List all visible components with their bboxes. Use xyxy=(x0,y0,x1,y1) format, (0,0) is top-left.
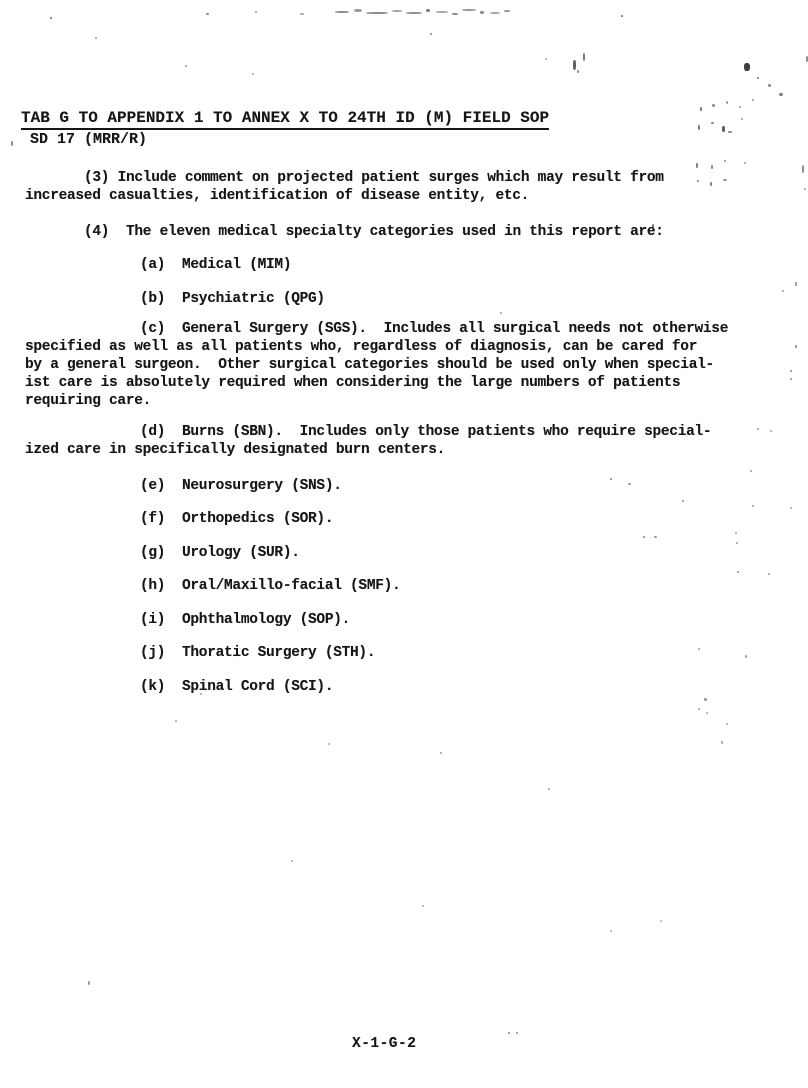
scan-speck xyxy=(698,648,700,650)
paragraph-3-line-2: increased casualties, identification of … xyxy=(25,187,664,205)
scan-speck xyxy=(480,11,484,14)
scan-speck xyxy=(95,37,97,39)
scan-speck xyxy=(573,60,576,70)
scan-speck xyxy=(206,13,209,15)
scan-speck xyxy=(737,571,739,573)
scan-speck xyxy=(583,53,585,61)
scan-speck xyxy=(452,13,458,15)
specialty-item-b-text: (b) Psychiatric (QPG) xyxy=(25,290,325,308)
scan-speck xyxy=(335,11,349,13)
paragraph-4-line-1: (4) The eleven medical specialty categor… xyxy=(25,223,664,241)
specialty-item-f-text: (f) Orthopedics (SOR). xyxy=(25,510,333,528)
scan-speck xyxy=(430,33,432,35)
specialty-item-c-line-5: requiring care. xyxy=(25,392,728,410)
paragraph-3-line-1: (3) Include comment on projected patient… xyxy=(25,169,664,187)
scan-speck xyxy=(392,10,402,12)
specialty-item-c-line-4: ist care is absolutely required when con… xyxy=(25,374,728,392)
scan-speck xyxy=(545,58,547,60)
scan-speck xyxy=(790,370,792,372)
document-subtitle: SD 17 (MRR/R) xyxy=(30,131,147,149)
scan-speck xyxy=(711,165,713,169)
specialty-item-d: (d) Burns (SBN). Includes only those pat… xyxy=(25,423,711,459)
scan-speck xyxy=(291,860,293,862)
scan-speck xyxy=(698,125,700,130)
scan-speck xyxy=(696,163,698,168)
scan-speck xyxy=(328,743,330,745)
scan-speck xyxy=(255,11,257,13)
scan-speck xyxy=(426,9,430,12)
scan-speck xyxy=(750,470,752,472)
scan-speck xyxy=(610,930,612,932)
specialty-item-c-line-2: specified as well as all patients who, r… xyxy=(25,338,728,356)
scan-speck xyxy=(643,536,645,538)
scan-speck xyxy=(795,282,797,286)
scan-speck xyxy=(548,788,550,790)
specialty-item-i-text: (i) Ophthalmology (SOP). xyxy=(25,611,350,629)
scan-speck xyxy=(752,505,754,507)
specialty-item-f: (f) Orthopedics (SOR). xyxy=(25,510,333,528)
scan-speck xyxy=(712,104,715,107)
scan-speck xyxy=(768,573,770,575)
scan-speck xyxy=(88,981,90,985)
scan-speck xyxy=(726,723,728,725)
scan-speck xyxy=(354,9,362,12)
scan-speck xyxy=(366,12,388,14)
scan-speck xyxy=(700,107,702,111)
scan-speck xyxy=(500,312,502,314)
scan-speck xyxy=(654,536,657,538)
specialty-item-g-text: (g) Urology (SUR). xyxy=(25,544,300,562)
specialty-item-j-text: (j) Thoratic Surgery (STH). xyxy=(25,644,375,662)
scan-speck xyxy=(745,655,747,658)
scan-speck xyxy=(770,430,772,432)
scan-speck xyxy=(736,542,738,544)
scan-speck xyxy=(698,708,700,710)
paragraph-3: (3) Include comment on projected patient… xyxy=(25,169,664,205)
scan-speck xyxy=(436,11,448,13)
scan-speck xyxy=(735,532,737,534)
scan-speck xyxy=(782,290,784,292)
specialty-item-a: (a) Medical (MIM) xyxy=(25,256,291,274)
specialty-item-c-line-3: by a general surgeon. Other surgical cat… xyxy=(25,356,728,374)
specialty-item-k-text: (k) Spinal Cord (SCI). xyxy=(25,678,333,696)
scan-speck xyxy=(757,77,759,79)
specialty-item-h: (h) Oral/Maxillo-facial (SMF). xyxy=(25,577,400,595)
scan-speck xyxy=(804,188,806,190)
scan-speck xyxy=(697,180,699,182)
scan-speck xyxy=(490,12,500,14)
scan-speck xyxy=(440,752,442,754)
specialty-item-e-text: (e) Neurosurgery (SNS). xyxy=(25,477,342,495)
document-title: TAB G TO APPENDIX 1 TO ANNEX X TO 24TH I… xyxy=(21,109,549,130)
scan-speck xyxy=(175,720,177,722)
scan-speck xyxy=(610,478,612,480)
specialty-item-c-line-1: (c) General Surgery (SGS). Includes all … xyxy=(25,320,728,338)
specialty-item-c: (c) General Surgery (SGS). Includes all … xyxy=(25,320,728,410)
scan-speck xyxy=(790,507,792,509)
scan-speck xyxy=(704,698,707,701)
scan-speck xyxy=(508,1032,510,1034)
scan-speck xyxy=(50,17,52,19)
specialty-item-e: (e) Neurosurgery (SNS). xyxy=(25,477,342,495)
scan-speck xyxy=(728,131,732,133)
scan-speck xyxy=(706,712,708,714)
scan-speck xyxy=(741,118,743,120)
specialty-item-h-text: (h) Oral/Maxillo-facial (SMF). xyxy=(25,577,400,595)
scan-speck xyxy=(726,101,728,104)
scan-speck xyxy=(504,10,510,12)
scan-speck xyxy=(744,162,746,164)
scan-speck xyxy=(406,12,422,14)
scan-speck xyxy=(660,920,662,922)
paragraph-4: (4) The eleven medical specialty categor… xyxy=(25,223,664,241)
scan-speck xyxy=(710,182,712,186)
specialty-item-j: (j) Thoratic Surgery (STH). xyxy=(25,644,375,662)
scan-speck xyxy=(790,378,792,380)
scan-speck xyxy=(628,483,631,485)
specialty-item-g: (g) Urology (SUR). xyxy=(25,544,300,562)
scan-speck xyxy=(757,428,759,430)
specialty-item-a-text: (a) Medical (MIM) xyxy=(25,256,291,274)
specialty-item-d-line-2: ized care in specifically designated bur… xyxy=(25,441,711,459)
scan-speck xyxy=(185,65,187,67)
scan-speck xyxy=(300,13,304,15)
specialty-item-b: (b) Psychiatric (QPG) xyxy=(25,290,325,308)
scanned-document-page: TAB G TO APPENDIX 1 TO ANNEX X TO 24TH I… xyxy=(0,0,808,1088)
page-number: X-1-G-2 xyxy=(352,1036,416,1052)
scan-speck xyxy=(724,160,726,162)
scan-speck xyxy=(802,165,804,173)
scan-speck xyxy=(752,99,754,101)
scan-speck xyxy=(795,345,797,348)
scan-speck xyxy=(779,93,783,96)
scan-speck xyxy=(711,122,714,124)
scan-speck xyxy=(462,9,476,11)
scan-speck xyxy=(577,70,579,73)
scan-speck xyxy=(721,741,723,744)
scan-speck xyxy=(516,1032,518,1034)
scan-speck xyxy=(723,179,727,181)
scan-speck xyxy=(621,15,623,17)
scan-speck xyxy=(252,73,254,75)
scan-speck xyxy=(739,106,741,108)
scan-speck xyxy=(744,63,750,71)
specialty-item-k: (k) Spinal Cord (SCI). xyxy=(25,678,333,696)
scan-speck xyxy=(11,141,13,146)
scan-speck xyxy=(722,126,725,132)
scan-speck xyxy=(768,84,771,87)
specialty-item-d-line-1: (d) Burns (SBN). Includes only those pat… xyxy=(25,423,711,441)
scan-speck xyxy=(682,500,684,502)
specialty-item-i: (i) Ophthalmology (SOP). xyxy=(25,611,350,629)
scan-speck xyxy=(422,905,424,907)
